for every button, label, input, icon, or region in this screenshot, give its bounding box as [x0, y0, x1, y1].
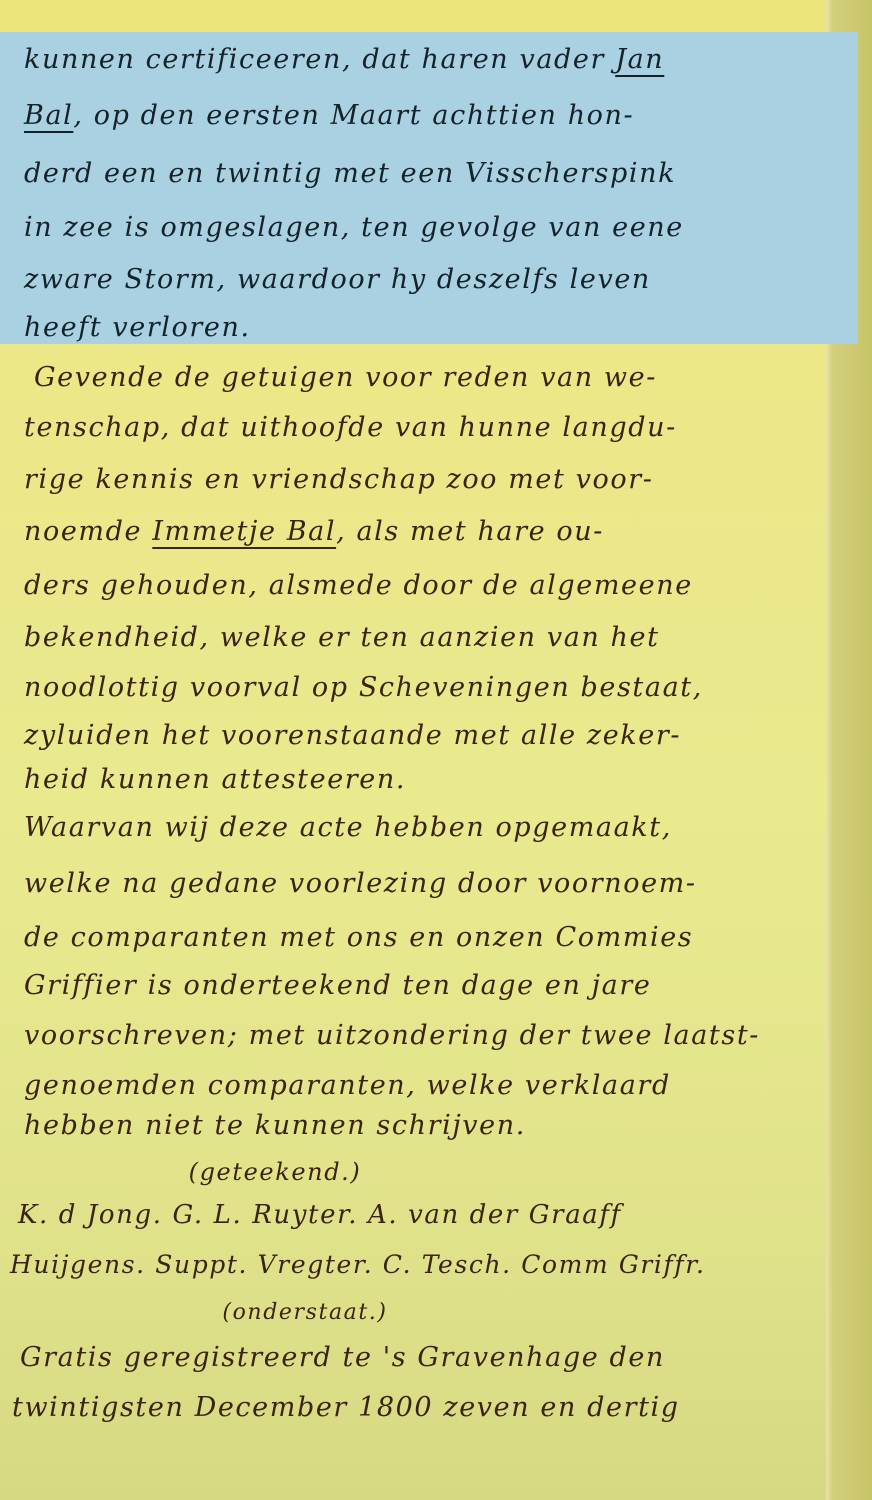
signature-line-2: Huijgens. Suppt. Vregter. C. Tesch. Comm… [10, 1250, 706, 1279]
body-line-15: genoemden comparanten, welke verklaard [24, 1070, 671, 1101]
body-line-8: zyluiden het voorenstaande met alle zeke… [24, 720, 681, 751]
body-line-2: tenschap, dat uithoofde van hunne langdu… [24, 412, 677, 443]
body-line-6: bekendheid, welke er ten aanzien van het [24, 622, 660, 653]
body-line-9: heid kunnen attesteeren. [24, 764, 406, 795]
person-name-jan: Jan [615, 44, 664, 75]
person-name-bal: Bal [24, 100, 73, 131]
body-line-3: rige kennis en vriendschap zoo met voor- [24, 464, 653, 495]
highlighted-line-4: in zee is omgeslagen, ten gevolge van ee… [24, 212, 684, 243]
highlighted-line-1: kunnen certificeeren, dat haren vader Ja… [24, 44, 664, 75]
body-line-16: hebben niet te kunnen schrijven. [24, 1110, 526, 1141]
body-line-14: voorschreven; met uitzondering der twee … [24, 1020, 760, 1051]
highlighted-line-2: Bal, op den eersten Maart achttien hon- [24, 100, 634, 131]
highlighted-line-3: derd een en twintig met een Visscherspin… [24, 158, 676, 189]
signature-line-1: K. d Jong. G. L. Ruyter. A. van der Graa… [18, 1200, 622, 1230]
body-line-10: Waarvan wij deze acte hebben opgemaakt, [24, 812, 672, 843]
highlighted-line-6: heeft verloren. [24, 312, 251, 343]
registration-line-1: Gratis geregistreerd te 's Gravenhage de… [20, 1342, 665, 1373]
body-line-12: de comparanten met ons en onzen Commies [24, 922, 693, 953]
body-line-7: noodlottig voorval op Scheveningen besta… [24, 672, 703, 703]
body-line-13: Griffier is onderteekend ten dage en jar… [24, 970, 651, 1001]
registration-line-2: twintigsten December 1800 zeven en derti… [12, 1392, 680, 1423]
body-line-11: welke na gedane voorlezing door voornoem… [24, 868, 697, 899]
signed-label: (geteekend.) [40, 1158, 510, 1186]
body-line-4: noemde Immetje Bal, als met hare ou- [24, 516, 604, 547]
beneath-label: (onderstaat.) [60, 1300, 550, 1325]
person-name-immetje-bal: Immetje Bal [152, 516, 336, 547]
body-line-5: ders gehouden, alsmede door de algemeene [24, 570, 693, 601]
body-line-1: Gevende de getuigen voor reden van we- [34, 362, 657, 393]
highlighted-line-5: zware Storm, waardoor hy deszelfs leven [24, 264, 651, 295]
